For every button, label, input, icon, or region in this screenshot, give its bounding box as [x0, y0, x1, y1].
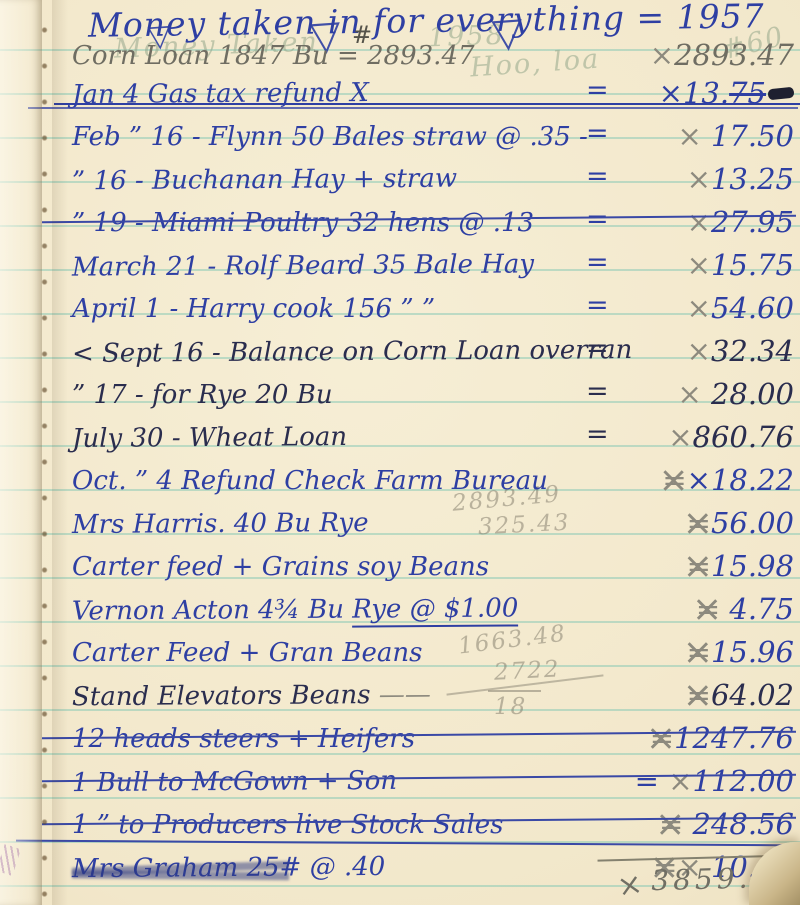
row-amount: =15.96 [687, 635, 794, 669]
amount-segment: = [687, 635, 711, 669]
text-segment: @ .40 [301, 852, 385, 883]
text-segment: ” 17 - for Rye 20 Bu [72, 380, 333, 410]
row-amount: =15.98 [687, 549, 794, 583]
ledger-row: ” 17 - for Rye 20 Bu=× 28.00 [0, 368, 800, 411]
text-segment: April 1 - Harry cook 156 ” ” [72, 294, 435, 324]
amount-segment: × [650, 38, 674, 72]
row-amount: × 28.00 [677, 377, 794, 411]
ledger-row: ” 19 - Miami Poultry 32 hens @ .13=×27.9… [0, 196, 800, 239]
row-description: Carter feed + Grains soy Beans [72, 552, 489, 582]
row-amount: =56.00 [687, 506, 794, 540]
equals-sign: = [586, 290, 609, 321]
text-segment: Sept 16 - Balance on Corn Loan overran [102, 335, 632, 369]
amount-segment: 15.96 [711, 635, 794, 669]
ledger-row: 1 Bull to McGown + Son= ×112.00 [0, 755, 800, 798]
row-description: Carter Feed + Gran Beans [72, 638, 423, 668]
text-segment: Vernon Acton 4¾ Bu [72, 595, 352, 627]
ledger-row: March 21 - Rolf Beard 35 Bale Hay=×15.75 [0, 239, 800, 282]
ledger-row: ” 16 - Buchanan Hay + straw=×13.25 [0, 153, 800, 196]
text-segment: July 30 - Wheat Loan [72, 422, 347, 454]
row-description: Oct. ” 4 Refund Check Farm Bureau [72, 466, 548, 496]
amount-segment: 15.75 [711, 248, 794, 282]
row-amount: =1247.76 [650, 721, 794, 755]
text-segment: Mrs Harris. 40 Bu Rye [72, 508, 369, 540]
row-amount: ×32.34 [687, 334, 794, 368]
amount-segment: 64.02 [711, 678, 794, 712]
equals-sign: = [586, 333, 609, 364]
ledger-row: July 30 - Wheat Loan=×860.76 [0, 411, 800, 454]
row-description: Vernon Acton 4¾ Bu Rye @ $1.00 [72, 593, 519, 626]
ledger-row: 12 heads steers + Heifers=1247.76 [0, 712, 800, 755]
amount-segment: 54.60 [711, 291, 794, 325]
text-segment: Stand Elevators Beans [72, 680, 371, 712]
amount-segment: × [687, 291, 711, 325]
amount-segment: × [687, 205, 711, 239]
row-amount: =×18.22 [662, 463, 794, 497]
row-amount: = ×112.00 [635, 764, 794, 798]
text-segment: Rye @ $1.00 [352, 593, 518, 627]
ledger-row: Mrs Harris. 40 Bu Rye=56.00 [0, 497, 800, 540]
ledger-row: April 1 - Harry cook 156 ” ”=×54.60 [0, 282, 800, 325]
ink-blob [767, 87, 794, 101]
amount-segment: 27.95 [711, 205, 794, 239]
text-segment: 1 Bull to McGown + Son [72, 766, 397, 798]
text-segment: ” 19 - Miami Poultry 32 hens @ .13 [72, 208, 534, 238]
amount-segment: 112.00 [693, 764, 794, 798]
amount-segment: 15.98 [711, 549, 794, 583]
row-amount: = 248.56 [659, 807, 794, 841]
row-description: March 21 - Rolf Beard 35 Bale Hay [72, 249, 534, 282]
equals-sign: = [586, 118, 609, 149]
ledger-row: 1 ” to Producers live Stock Sales= 248.5… [0, 798, 800, 841]
text-segment: Corn Loan 1847 Bu = 2893.47 [72, 41, 475, 71]
row-amount: ×860.76 [668, 420, 794, 454]
ledger-row: < Sept 16 - Balance on Corn Loan overran… [0, 325, 800, 368]
equals-sign: = [586, 247, 609, 278]
amount-segment: × [677, 119, 711, 153]
row-description: < Sept 16 - Balance on Corn Loan overran [72, 335, 633, 369]
amount-segment: 4.75 [720, 592, 794, 626]
ledger-row: Oct. ” 4 Refund Check Farm Bureau=×18.22 [0, 454, 800, 497]
amount-segment: = [635, 764, 669, 798]
amount-segment: = [696, 592, 720, 626]
amount-segment: 1247.76 [674, 721, 794, 755]
ledger-row: Jan 4 Gas tax refund X=×13.75 [0, 72, 800, 110]
row-amount: ×2893.47 [650, 38, 794, 72]
row-description: ” 17 - for Rye 20 Bu [72, 380, 333, 410]
ledger-row: Vernon Acton 4¾ Bu Rye @ $1.00= 4.75 [0, 583, 800, 626]
amount-segment: × [687, 248, 711, 282]
binding-crease [52, 0, 68, 905]
row-description: ” 16 - Buchanan Hay + straw [72, 164, 457, 197]
equals-sign: = [586, 204, 609, 235]
torn-edge [34, 0, 52, 905]
ledger-row: Feb ” 16 - Flynn 50 Bales straw @ .35 -=… [0, 110, 800, 153]
amount-segment: = [687, 549, 711, 583]
amount-segment: × [668, 764, 692, 798]
row-description: 1 Bull to McGown + Son [72, 766, 397, 798]
row-description: 1 ” to Producers live Stock Sales [72, 810, 504, 840]
amount-segment: = [687, 506, 711, 540]
text-segment: 1 ” to Producers live Stock Sales [72, 810, 504, 840]
amount-segment: × [668, 420, 692, 454]
text-segment: < [72, 339, 102, 369]
row-description: Mrs Graham 25# @ .40 [72, 852, 385, 884]
amount-segment: × [677, 377, 711, 411]
amount-segment: 18.22 [711, 463, 794, 497]
ledger-row: Carter feed + Grains soy Beans=15.98 [0, 540, 800, 583]
row-description: July 30 - Wheat Loan [72, 422, 347, 454]
equals-sign: = [586, 419, 609, 450]
amount-segment: 248.56 [693, 807, 794, 841]
ledger-row: Carter Feed + Gran Beans=15.96 [0, 626, 800, 669]
row-amount: ×13.25 [687, 162, 794, 196]
amount-segment: = [687, 678, 711, 712]
hash-mark: # [352, 21, 372, 49]
amount-segment: = [650, 721, 674, 755]
amount-segment: = [662, 463, 686, 497]
text-segment: Oct. ” 4 Refund Check Farm Bureau [72, 466, 548, 496]
row-amount: ×54.60 [687, 291, 794, 325]
text-segment: Mrs Graham 25# [72, 852, 302, 884]
ledger-row: Corn Loan 1847 Bu = 2893.47#×2893.47 [0, 36, 800, 72]
amount-segment: 28.00 [711, 377, 794, 411]
text-segment: March 21 - Rolf Beard 35 Bale Hay [72, 249, 534, 282]
text-segment: —— [370, 680, 430, 710]
row-description: Corn Loan 1847 Bu = 2893.47 [72, 41, 475, 71]
ledger-rows: Corn Loan 1847 Bu = 2893.47#×2893.47Jan … [0, 36, 800, 884]
ledger-page: Money Taken 1958 Hoo, loa #60 2893.49 32… [0, 0, 800, 905]
amount-segment: × [687, 162, 711, 196]
x-check-mark: × [615, 866, 650, 905]
amount-segment: 2893.47 [674, 38, 794, 72]
equals-sign: = [586, 75, 609, 106]
equals-sign: = [586, 161, 609, 192]
amount-segment: 860.76 [693, 420, 794, 454]
amount-segment: 13.25 [711, 162, 794, 196]
amount-segment: 17.50 [711, 119, 794, 153]
amount-segment: 32.34 [711, 334, 794, 368]
row-amount: = 4.75 [696, 592, 794, 626]
text-segment: 12 heads steers + Heifers [72, 724, 415, 754]
amount-segment: × [687, 334, 711, 368]
amount-segment: × [687, 463, 711, 497]
row-description: Stand Elevators Beans —— [72, 680, 431, 713]
row-description: April 1 - Harry cook 156 ” ” [72, 294, 435, 324]
text-segment: Carter Feed + Gran Beans [72, 638, 423, 668]
row-description: Feb ” 16 - Flynn 50 Bales straw @ .35 - [72, 122, 588, 152]
amount-segment: = [659, 807, 693, 841]
row-amount: ×27.95 [687, 205, 794, 239]
ledger-row: Stand Elevators Beans ——=64.02 [0, 669, 800, 712]
text-segment: Feb ” 16 - Flynn 50 Bales straw @ .35 - [72, 122, 588, 152]
row-amount: × 17.50 [677, 119, 794, 153]
row-description: Mrs Harris. 40 Bu Rye [72, 508, 369, 540]
row-description: 12 heads steers + Heifers [72, 724, 415, 754]
amount-segment: 56.00 [711, 506, 794, 540]
row-amount: =64.02 [687, 678, 794, 712]
row-amount: ×15.75 [687, 248, 794, 282]
text-segment: Carter feed + Grains soy Beans [72, 552, 489, 582]
text-segment: ” 16 - Buchanan Hay + straw [72, 164, 457, 197]
row-description: ” 19 - Miami Poultry 32 hens @ .13 [72, 208, 534, 238]
equals-sign: = [586, 376, 609, 407]
